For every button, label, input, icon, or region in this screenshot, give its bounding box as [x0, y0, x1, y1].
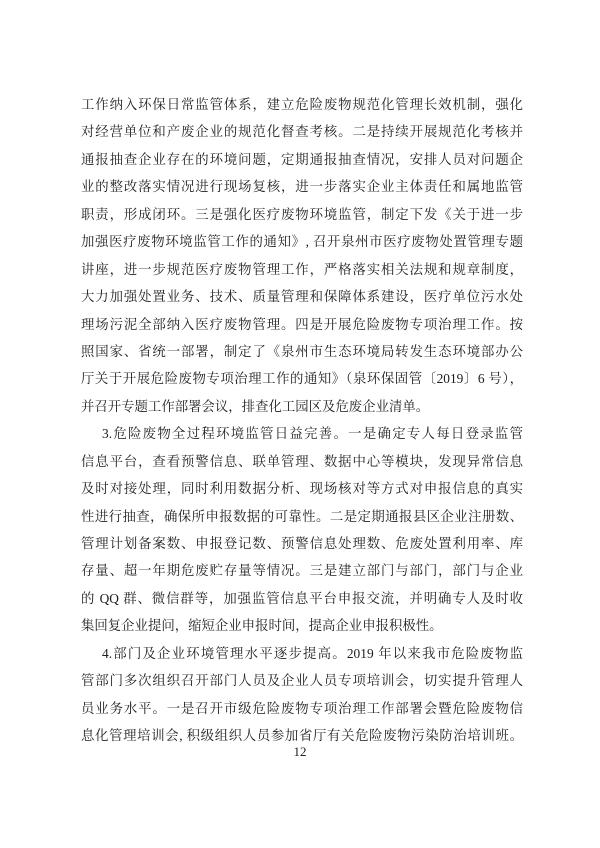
text-line-paragraph-end: 并召开专题工作部署会议，排查化工园区及危废企业清单。: [81, 393, 523, 420]
page-number: 12: [0, 743, 600, 761]
text-line: 存量、超一年期危废贮存量等情况。三是建立部门与部门，部门与企业: [81, 557, 523, 584]
text-line-paragraph-start: 3.危险废物全过程环境监管日益完善。一是确定专人每日登录监管: [81, 420, 523, 447]
text-line: 加强医疗废物环境监管工作的通知》, 召开泉州市医疗废物处置管理专题: [81, 228, 523, 255]
text-line: 管部门多次组织召开部门人员及企业人员专项培训会，切实提升管理人: [81, 667, 523, 694]
text-line: 职责，形成闭环。三是强化医疗废物环境监管，制定下发《关于进一步: [81, 201, 523, 228]
text-line: 通报抽查企业存在的环境问题，定期通报抽查情况，安排人员对问题企: [81, 146, 523, 173]
text-line: 及时对接处理，同时利用数据分析、现场核对等方式对申报信息的真实: [81, 475, 523, 502]
text-line-paragraph-end: 集回复企业提问，缩短企业申报时间，提高企业申报积极性。: [81, 612, 523, 639]
text-line: 讲座，进一步规范医疗废物管理工作，严格落实相关法规和规章制度，: [81, 256, 523, 283]
text-line: 对经营单位和产废企业的规范化督查考核。二是持续开展规范化考核并: [81, 118, 523, 145]
text-line: 性进行抽查，确保所申报数据的可靠性。二是定期通报县区企业注册数、: [81, 503, 523, 530]
document-page: 工作纳入环保日常监管体系，建立危险废物规范化管理长效机制，强化 对经营单位和产废…: [0, 0, 600, 848]
text-line: 员业务水平。一是召开市级危险废物专项治理工作部署会暨危险废物信: [81, 695, 523, 722]
text-line: 信息平台，查看预警信息、联单管理、数据中心等模块，发现异常信息: [81, 448, 523, 475]
text-line-paragraph-start: 4.部门及企业环境管理水平逐步提高。2019 年以来我市危险废物监: [81, 640, 523, 667]
text-line: 厅关于开展危险废物专项治理工作的通知》（泉环保固管〔2019〕6 号），: [81, 365, 523, 392]
text-line: 照国家、省统一部署，制定了《泉州市生态环境局转发生态环境部办公: [81, 338, 523, 365]
text-line: 大力加强处置业务、技术、质量管理和保障体系建设，医疗单位污水处: [81, 283, 523, 310]
text-line: 的 QQ 群、微信群等，加强监管信息平台申报交流，并明确专人及时收: [81, 585, 523, 612]
text-line: 管理计划备案数、申报登记数、预警信息处理数、危废处置利用率、库: [81, 530, 523, 557]
body-text: 工作纳入环保日常监管体系，建立危险废物规范化管理长效机制，强化 对经营单位和产废…: [81, 91, 523, 750]
text-line: 理场污泥全部纳入医疗废物管理。四是开展危险废物专项治理工作。按: [81, 311, 523, 338]
text-line: 工作纳入环保日常监管体系，建立危险废物规范化管理长效机制，强化: [81, 91, 523, 118]
text-line: 业的整改落实情况进行现场复核，进一步落实企业主体责任和属地监管: [81, 173, 523, 200]
